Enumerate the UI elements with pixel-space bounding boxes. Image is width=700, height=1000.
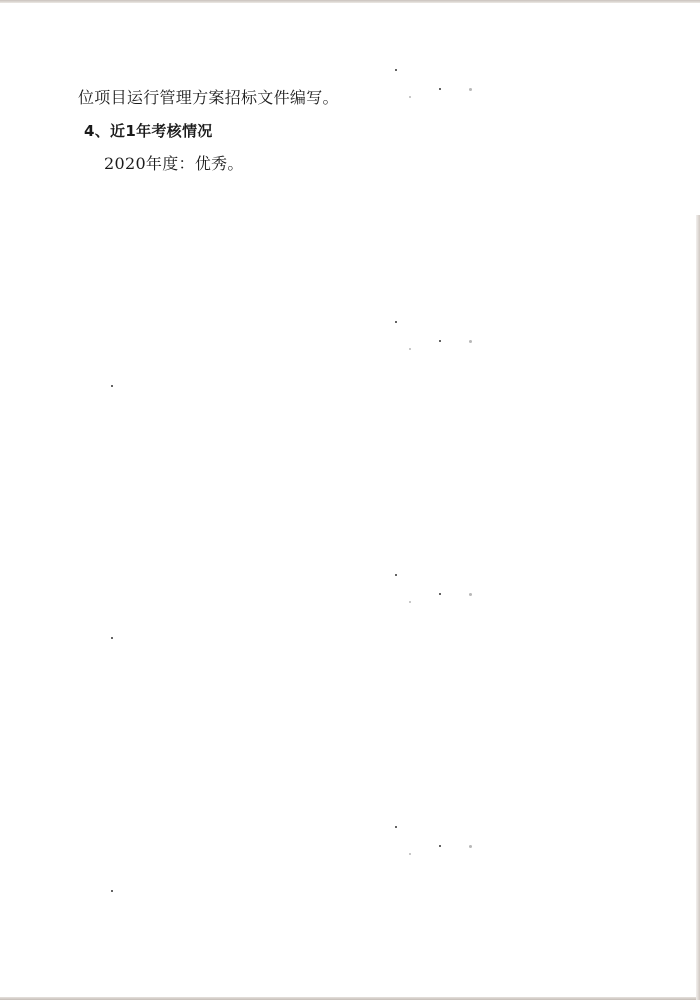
scan-speckle <box>395 321 397 323</box>
scan-speckle <box>469 593 472 596</box>
scan-speckle <box>395 69 397 71</box>
scan-speckle <box>409 348 411 350</box>
scan-speckle <box>439 593 441 595</box>
section-heading: 4、近1年考核情况 <box>84 121 213 141</box>
scan-speckle <box>469 340 472 343</box>
assessment-result: 2020年度：优秀。 <box>104 154 244 174</box>
scan-speckle <box>409 853 411 855</box>
paragraph-continuation: 位项目运行管理方案招标文件编写。 <box>78 88 339 108</box>
scan-speckle <box>409 96 411 98</box>
scan-speckle <box>409 601 411 603</box>
scan-speckle <box>395 574 397 576</box>
section-title: 近1年考核情况 <box>110 122 213 140</box>
scan-speckle <box>395 826 397 828</box>
section-number: 4、 <box>84 122 110 140</box>
scan-speckle <box>469 88 472 91</box>
scan-speckle <box>439 340 441 342</box>
scan-speckle <box>439 845 441 847</box>
scan-speckle <box>439 88 441 90</box>
scan-speckle <box>111 637 113 639</box>
scan-speckle <box>111 890 113 892</box>
scan-speckle <box>111 385 113 387</box>
document-page: 位项目运行管理方案招标文件编写。 4、近1年考核情况 2020年度：优秀。 <box>0 0 700 1000</box>
scan-speckle <box>469 845 472 848</box>
